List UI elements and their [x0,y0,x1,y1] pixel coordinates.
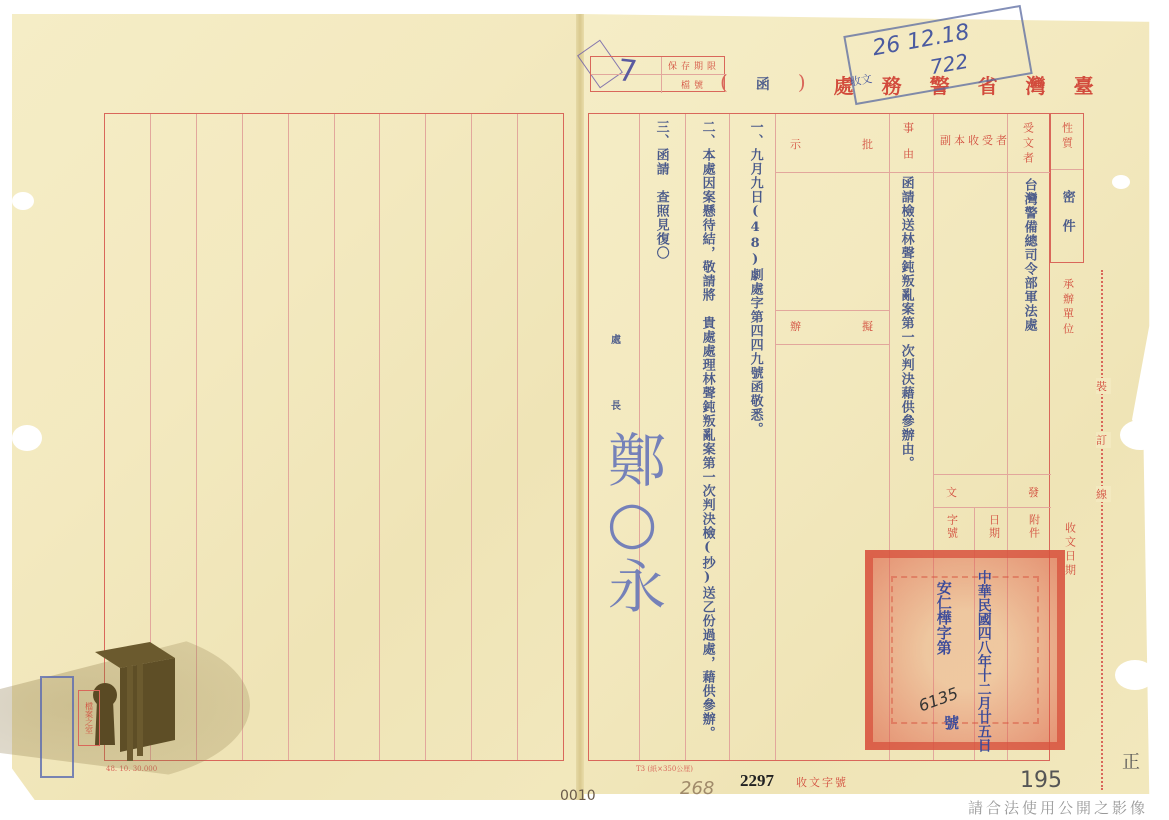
subject-label-1: 事 [902,122,914,137]
official-seal [865,550,1065,750]
paper-tear [1112,175,1130,189]
handling-unit-label: 承辦單位 [1062,278,1074,338]
doc-type-open: ( [720,70,728,99]
paper-tear [1120,420,1160,450]
receipt-number: 2297 [740,771,774,791]
tally-mark: 正 [1122,748,1140,774]
binding-char: 訂 [1096,432,1111,448]
handwritten-268: 268 [680,778,714,799]
receipt-number-label: 收文字號 [796,774,848,790]
binding-char: 裝 [1096,378,1111,394]
paper-tear [12,425,42,451]
usage-watermark: 請合法使用公開之影像 [968,797,1148,818]
doc-type: 函 [756,70,770,99]
body-item-2: 二、本處因案懸待結，敬請將 貴處處理林聲鈍叛亂案第一次判決檢(抄)送乙份過處，藉… [700,120,714,740]
signatory-title-1: 處 [608,334,619,344]
seal-date: 中華民國四八年十二月廿五日 [976,570,991,752]
paper-tear [1115,660,1155,690]
blue-archive-stamp [40,676,74,778]
recipient-value: 台灣警備總司令部軍法處 [1022,178,1036,332]
handwritten-0010: 0010 [560,788,596,804]
recipient-label: 受文者 [1022,122,1034,167]
issued-label-2: 文 [946,484,961,500]
right-print-code: T3 (紙×350公厘) [636,764,693,774]
binding-line [1101,270,1103,790]
nature-value: 密件 [1060,190,1074,248]
serial-label: 字號 [946,514,958,540]
body-item-1: 一、九月九日(48)劇處字第四四九號函敬悉。 [748,120,762,436]
seal-doc-number: 安仁樺字第 [935,580,951,655]
director-signature: 鄭○永 [590,430,674,614]
nature-label: 性質 [1061,122,1073,152]
doc-type-close: ) [798,70,806,99]
draft-label-1: 擬 [862,318,877,334]
date-label: 日期 [988,514,1000,540]
instruction-label-1: 批 [862,136,877,152]
seal-number-suffix: 號 [944,712,959,733]
file-no-label: 檔號 [661,75,726,93]
retention-box: 保存期限 檔號 [590,56,725,92]
handwritten-mark: 7 [616,53,639,90]
signatory-title-2: 長 [608,400,619,410]
issued-label-1: 發 [1028,484,1043,500]
subject-value: 函請檢送林聲鈍叛亂案第一次判決藉供參辦由。 [899,176,913,470]
copy-recipient-label: 副本收受者 [940,135,1010,147]
page-fold [576,14,584,800]
red-archive-stamp: 檔案之室 [78,690,100,746]
receipt-date-label: 收文日期 [1064,522,1076,578]
agency-char: 臺 [1074,70,1094,99]
draft-label-2: 辦 [790,318,805,334]
subject-label-2: 由 [902,148,914,163]
attachment-label: 附件 [1028,514,1040,540]
page-number: 195 [1020,768,1062,793]
body-item-3: 三、函請 查照見復〇 [654,120,668,260]
instruction-label-2: 示 [790,136,805,152]
paper-tear [12,192,34,210]
retention-label: 保存期限 [661,57,726,75]
binding-char: 線 [1096,486,1111,502]
